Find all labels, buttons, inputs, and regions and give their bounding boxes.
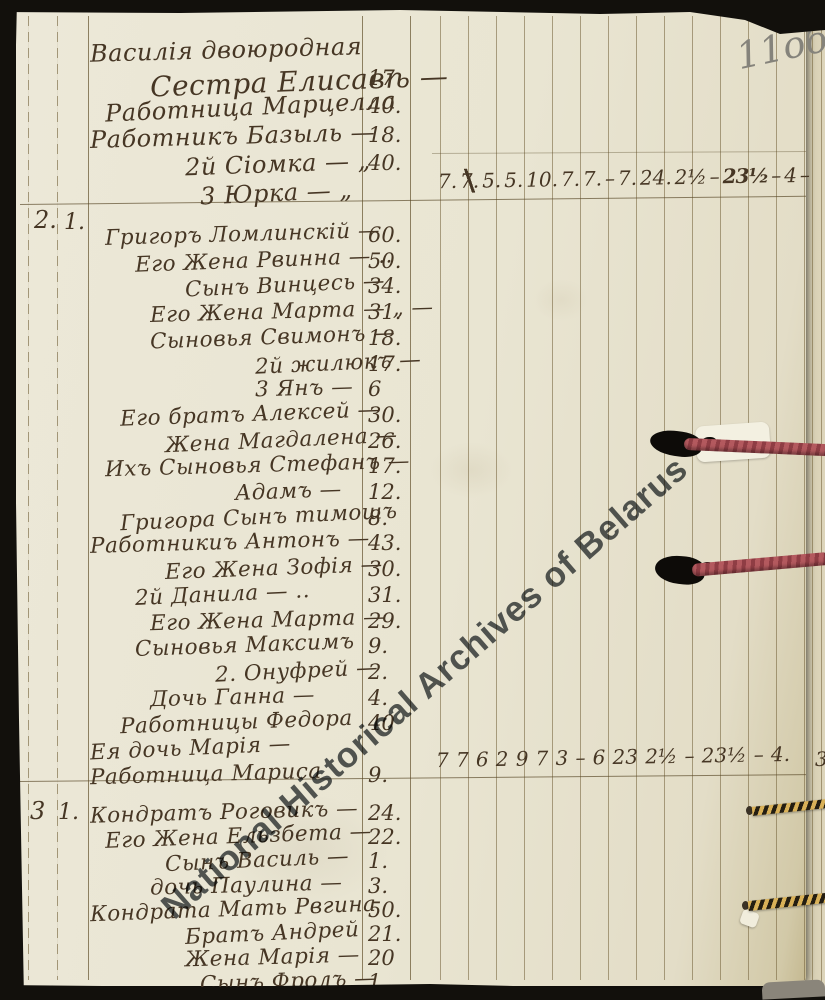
tally-value: – [575, 745, 585, 769]
entry-row: 3 Янъ — [255, 376, 353, 401]
tally-value: 5. [504, 168, 524, 192]
age-value: 8. [368, 506, 388, 530]
entry-row: Сыновья Свимонъ — [150, 325, 395, 350]
tally-value: 3 [555, 746, 568, 770]
tally-value: 6 [592, 745, 605, 769]
ruled-column-line [580, 16, 581, 980]
age-value: 40. [368, 94, 401, 118]
person-name: Василія двоюродная [90, 32, 363, 68]
ruled-column-line [468, 16, 469, 980]
entry-row: Его Жена Зофія — [165, 556, 383, 581]
ruled-column-line [524, 16, 525, 980]
age-value: 17. [368, 352, 401, 376]
entry-row: Дочь Ганна — [150, 685, 315, 710]
entry-row: Ея дочь Марія — [90, 736, 291, 761]
age-value: 9. [368, 763, 388, 787]
ruled-line [812, 10, 813, 990]
entry-row: Сыновья Максимъ [135, 633, 355, 658]
ruled-column-line [410, 16, 411, 980]
ruled-column-line [776, 16, 777, 980]
tally-value: 23½ [701, 743, 746, 768]
person-name: Ихъ Сыновья Стефанъ — [105, 449, 411, 483]
entry-row: Жена Магдалена — [165, 428, 398, 453]
entry-row: Работница Марцелла [105, 93, 396, 121]
age-value: 1. [368, 849, 388, 873]
person-name: 3 Юрка — „ [199, 176, 352, 211]
tally-value: – [771, 163, 781, 187]
household-number: 3 [30, 797, 45, 825]
household-number: 2. [34, 206, 57, 234]
tally-value: 2 [496, 747, 509, 771]
age-value: 22. [368, 825, 401, 849]
entry-row: Василія двоюродная [90, 36, 362, 64]
entry-row: 2й Сіомка — „ [185, 150, 371, 178]
person-name: 2й Данила — .. [135, 578, 311, 611]
entry-row: Братъ Андрей [185, 921, 359, 946]
tally-value: 4. [771, 742, 791, 766]
tally-value: 5. [482, 168, 502, 192]
tally-edge-value: 3 [815, 747, 825, 771]
ruled-column-line [608, 16, 609, 980]
age-value: 21. [368, 922, 401, 946]
age-value: 40. [368, 151, 401, 175]
age-value: 50. [368, 898, 401, 922]
entry-row: Ихъ Сыновья Стефанъ — [105, 453, 410, 478]
age-value: 30. [368, 557, 401, 581]
age-value: 24. [368, 801, 401, 825]
age-value: 18. [368, 326, 401, 350]
ruled-line [821, 10, 822, 990]
tally-value: 7. [561, 167, 581, 191]
entry-row: Адамъ — [235, 479, 342, 504]
entry-row: Сынъ Винцесь — [185, 273, 385, 298]
age-value: 29. [368, 609, 401, 633]
ruled-column-line [692, 16, 693, 980]
ruled-column-line [88, 16, 89, 980]
tally-value: – [709, 164, 719, 188]
tally-value: 2½ [645, 744, 678, 769]
tally-value: 4 [784, 163, 797, 187]
tally-value: – [753, 742, 763, 766]
entry-row: 2й Данила — .. [135, 582, 310, 607]
ruled-column-line [496, 16, 497, 980]
age-value: 31. [368, 583, 401, 607]
entry-row: 2. Онуфрей — [215, 659, 378, 684]
tally-value: 2½ [674, 165, 707, 190]
entry-row: Работникиъ Антонъ — [90, 530, 370, 555]
entry-row: Работникъ Базыль — [90, 122, 375, 150]
age-value: 2. [368, 660, 388, 684]
tally-value: – [605, 166, 615, 190]
tally-value: 6 [476, 747, 489, 771]
tally-value: 7. [583, 166, 603, 190]
tally-value: 10. [526, 167, 558, 192]
tally-value: 7. [618, 166, 638, 190]
age-value: 34. [368, 274, 401, 298]
tally-value: 23 [612, 745, 638, 769]
tally-value: 9 [515, 746, 528, 770]
entry-row: Работницы Федора [120, 710, 353, 735]
tally-value: 7 [436, 748, 449, 772]
tally-value: 7 [456, 748, 469, 772]
tally-value: 7 [535, 746, 548, 770]
ruled-column-line [748, 16, 749, 980]
ruled-column-line [552, 16, 553, 980]
ruled-column-line [720, 16, 721, 980]
family-number: 1. [64, 210, 85, 235]
age-value: 17. [368, 454, 401, 478]
entry-row: 3 Юрка — „ [200, 179, 352, 207]
entry-row: Его братъ Алексей — [120, 402, 380, 427]
age-value: 18. [368, 123, 401, 147]
ruled-column-line [440, 16, 441, 980]
tally-value: 7. [438, 169, 458, 193]
tally-value: – [684, 744, 694, 768]
ruled-column-line [28, 16, 29, 980]
entry-row: Григоръ Ломлинскій — [105, 222, 380, 247]
tally-value: 23½ [722, 163, 768, 188]
table-object [762, 979, 825, 999]
ruled-column-line [57, 16, 58, 980]
tally-value: – [800, 163, 810, 187]
ruled-column-line [804, 16, 805, 980]
tally-value: 7. [460, 169, 480, 193]
family-number: 1. [58, 800, 79, 825]
tally-value: 24. [640, 165, 672, 190]
